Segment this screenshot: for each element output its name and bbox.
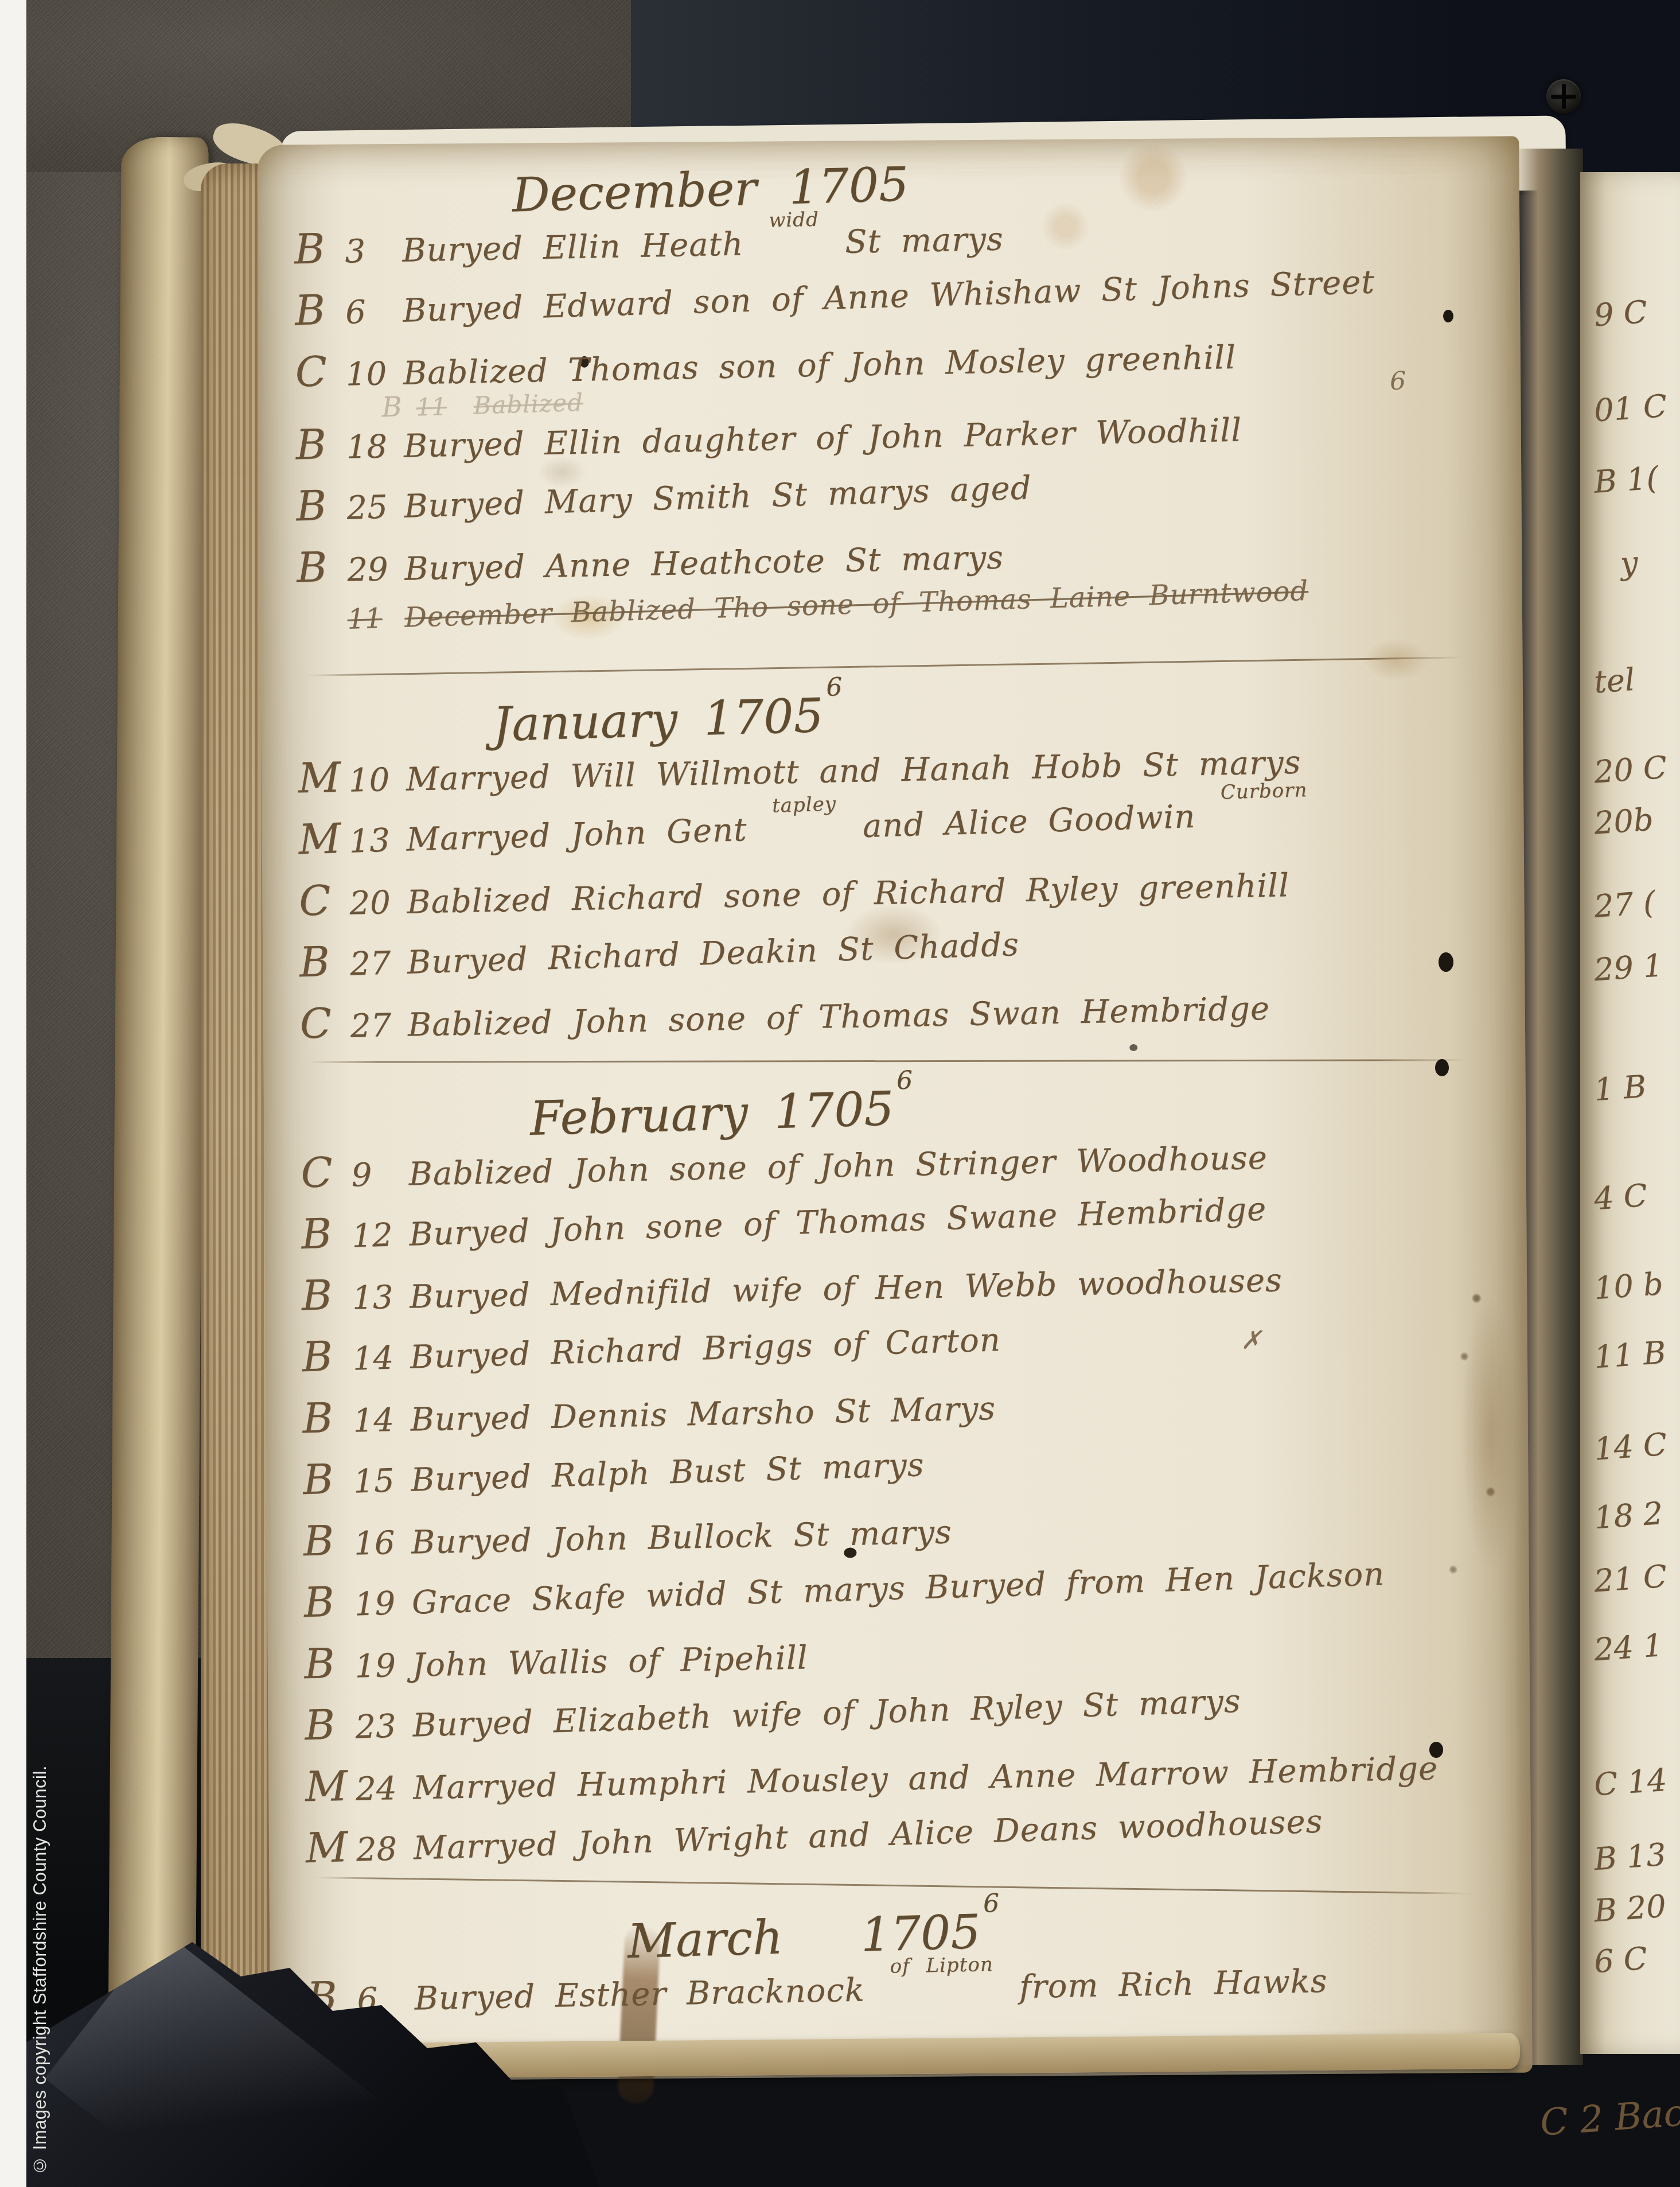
right-page-fragment: 9 C — [1593, 294, 1648, 333]
entry-code-letter: B — [295, 420, 347, 469]
right-page-fragment: 29 1 — [1593, 947, 1664, 988]
entry-code-letter: B — [294, 285, 346, 335]
entry-day-number: 9 — [351, 1156, 409, 1194]
entry-day-number: 27 — [349, 944, 408, 983]
entry-code-letter: M — [305, 1823, 356, 1873]
entry-code-letter: B — [301, 1332, 353, 1382]
right-page-fragment: 24 1 — [1593, 1627, 1664, 1668]
entry-text: Buryed Ralph Bust St marys — [410, 1446, 925, 1499]
entry-text: Buryed Richard Briggs of Carton — [410, 1321, 1001, 1376]
binding-hole — [1443, 310, 1453, 322]
left-page: December 1705B3Buryed Ellin Heath widd S… — [257, 136, 1533, 2081]
open-register-book: December 1705B3Buryed Ellin Heath widd S… — [115, 123, 1680, 2108]
binding-hole — [1439, 952, 1453, 972]
right-page: 9 C01 CB 1(ytel20 C20b27 (29 11 B4 C10 b… — [1580, 172, 1680, 2054]
book-gutter — [1514, 149, 1583, 2065]
entry-day-number: 25 — [346, 488, 405, 527]
photographed-register-scene: December 1705B3Buryed Ellin Heath widd S… — [0, 0, 1680, 2187]
entry-code-letter: B — [296, 543, 348, 592]
entry-code-letter — [297, 629, 348, 631]
interlinear-note: of Lipton — [890, 1953, 993, 1978]
entry-code-letter: B — [304, 1639, 356, 1688]
entry-code-letter: M — [298, 814, 349, 864]
entry-day-number: 13 — [352, 1279, 410, 1317]
entry-day-number: 14 — [352, 1339, 411, 1378]
right-page-fragment: 10 b — [1593, 1266, 1665, 1306]
entry-text: Buryed Ellin Heath widd St marys — [402, 221, 1004, 270]
binding-hole — [1429, 1742, 1443, 1758]
month-section: February 17056C9Bablized John sone of Jo… — [301, 1075, 1499, 1885]
entry-day-number: 15 — [353, 1462, 411, 1501]
right-page-fragment: 21 C — [1593, 1558, 1668, 1600]
entry-day-number: 23 — [354, 1707, 413, 1746]
month-section: March 17056B6Buryed Esther Bracknock of … — [306, 1900, 1500, 2035]
entry-day-number: 11 — [347, 602, 406, 636]
cradle-screw-head — [1546, 79, 1581, 114]
right-page-fragment: C 14 — [1593, 1762, 1668, 1803]
right-page-fragment: tel — [1593, 661, 1636, 701]
split-year-superscript: 6 — [896, 1065, 913, 1095]
entry-text: Buryed Ellin daughter of John Parker Woo… — [403, 412, 1242, 465]
entry-day-number: 28 — [356, 1830, 414, 1869]
entry-code-letter: B — [302, 1394, 354, 1443]
entry-code-letter: B — [303, 1516, 354, 1566]
entry-code-letter: C — [298, 876, 350, 925]
entry-code-letter: B — [299, 937, 350, 987]
right-page-fragment: 01 C — [1593, 388, 1668, 429]
register-entry: B6Buryed Esther Bracknock of Lipton from… — [306, 1950, 1500, 2034]
right-page-fragment: B 1( — [1593, 460, 1659, 500]
entry-text: Buryed Mary Smith St marys aged — [404, 469, 1032, 525]
right-page-fragment: 27 ( — [1593, 884, 1656, 924]
entry-day-number: 16 — [354, 1524, 412, 1563]
entry-code-letter: B — [301, 1271, 353, 1320]
left-page-content: December 1705B3Buryed Ellin Heath widd S… — [257, 136, 1532, 2034]
entry-day-number: 20 — [349, 884, 407, 923]
right-page-fragment: 11 B — [1593, 1334, 1667, 1376]
right-page-fragment: 18 2 — [1593, 1495, 1664, 1536]
split-year-superscript: 6 — [983, 1889, 999, 1919]
copyright-notice: © Images copyright Staffordshire County … — [30, 1694, 50, 2176]
stray-mark: ✗ — [1241, 1326, 1262, 1355]
binding-hole — [1435, 1059, 1449, 1076]
stray-mark: 6 — [1390, 367, 1406, 396]
entry-day-number: 10 — [348, 761, 406, 800]
entry-day-number: 18 — [346, 428, 404, 466]
right-page-fragment: y — [1619, 544, 1639, 582]
right-page-fragment: B 20 — [1593, 1888, 1667, 1929]
entry-code-letter: B — [302, 1454, 354, 1504]
entry-day-number: 27 — [350, 1007, 408, 1045]
entry-text: Buryed Esther Bracknock of Lipton from R… — [414, 1963, 1328, 2018]
entry-code-letter: M — [298, 753, 349, 803]
ruled-line — [308, 1059, 1467, 1063]
entry-text: Buryed Dennis Marsho St Marys — [410, 1390, 996, 1439]
entry-text: Bablized John sone of Thomas Swan Hembri… — [407, 990, 1270, 1044]
month-section: January 17056M10Marryed Will Willmott an… — [298, 680, 1493, 1061]
vellum-cover-edge — [108, 137, 208, 2060]
entry-code-letter: B — [304, 1700, 356, 1750]
right-page-fragment: 20 C — [1593, 749, 1668, 791]
right-page-fragment: B 13 — [1593, 1836, 1667, 1878]
entry-day-number: 13 — [349, 822, 407, 861]
entry-code-letter: C — [299, 999, 351, 1048]
entry-day-number: 19 — [354, 1647, 412, 1686]
entry-day-number: 10 — [345, 355, 403, 394]
entry-day-number: 19 — [354, 1585, 412, 1624]
entry-text: Buryed John Bullock St marys — [411, 1514, 953, 1562]
right-page-fragment: 20b — [1593, 801, 1654, 841]
interlinear-note: Curborn — [1220, 779, 1308, 804]
month-section: December 1705B3Buryed Ellin Heath widd S… — [294, 151, 1490, 666]
entry-code-letter: C — [301, 1148, 352, 1197]
interlinear-note: tapley — [772, 793, 837, 818]
entry-code-letter: B — [295, 481, 347, 531]
entry-day-number: 3 — [345, 232, 403, 271]
entry-code-letter: C — [295, 347, 346, 396]
interlinear-note: widd — [769, 208, 819, 232]
entry-code-letter: M — [305, 1762, 356, 1811]
entry-day-number: 6 — [345, 293, 403, 332]
entry-text: Buryed Richard Deakin St Chadds — [407, 926, 1020, 982]
scan-margin-strip — [0, 0, 26, 2187]
entry-day-number: 14 — [353, 1402, 411, 1440]
entry-code-letter: B — [303, 1577, 354, 1627]
entry-day-number: 12 — [351, 1216, 410, 1255]
entry-code-letter: B — [301, 1209, 352, 1259]
entry-day-number: 29 — [347, 551, 405, 589]
right-page-fragment: 14 C — [1593, 1426, 1668, 1468]
entry-text: Buryed Anne Heathcote St marys — [404, 539, 1004, 588]
right-page-fragment: 6 C — [1593, 1940, 1648, 1980]
right-page-fragment: 1 B — [1593, 1068, 1647, 1108]
entry-code-letter: B — [294, 224, 346, 274]
split-year-superscript: 6 — [826, 672, 843, 702]
entry-day-number: 24 — [356, 1770, 414, 1808]
right-page-fragment: 4 C — [1593, 1177, 1648, 1217]
entry-text: John Wallis of Pipehill — [412, 1639, 808, 1684]
